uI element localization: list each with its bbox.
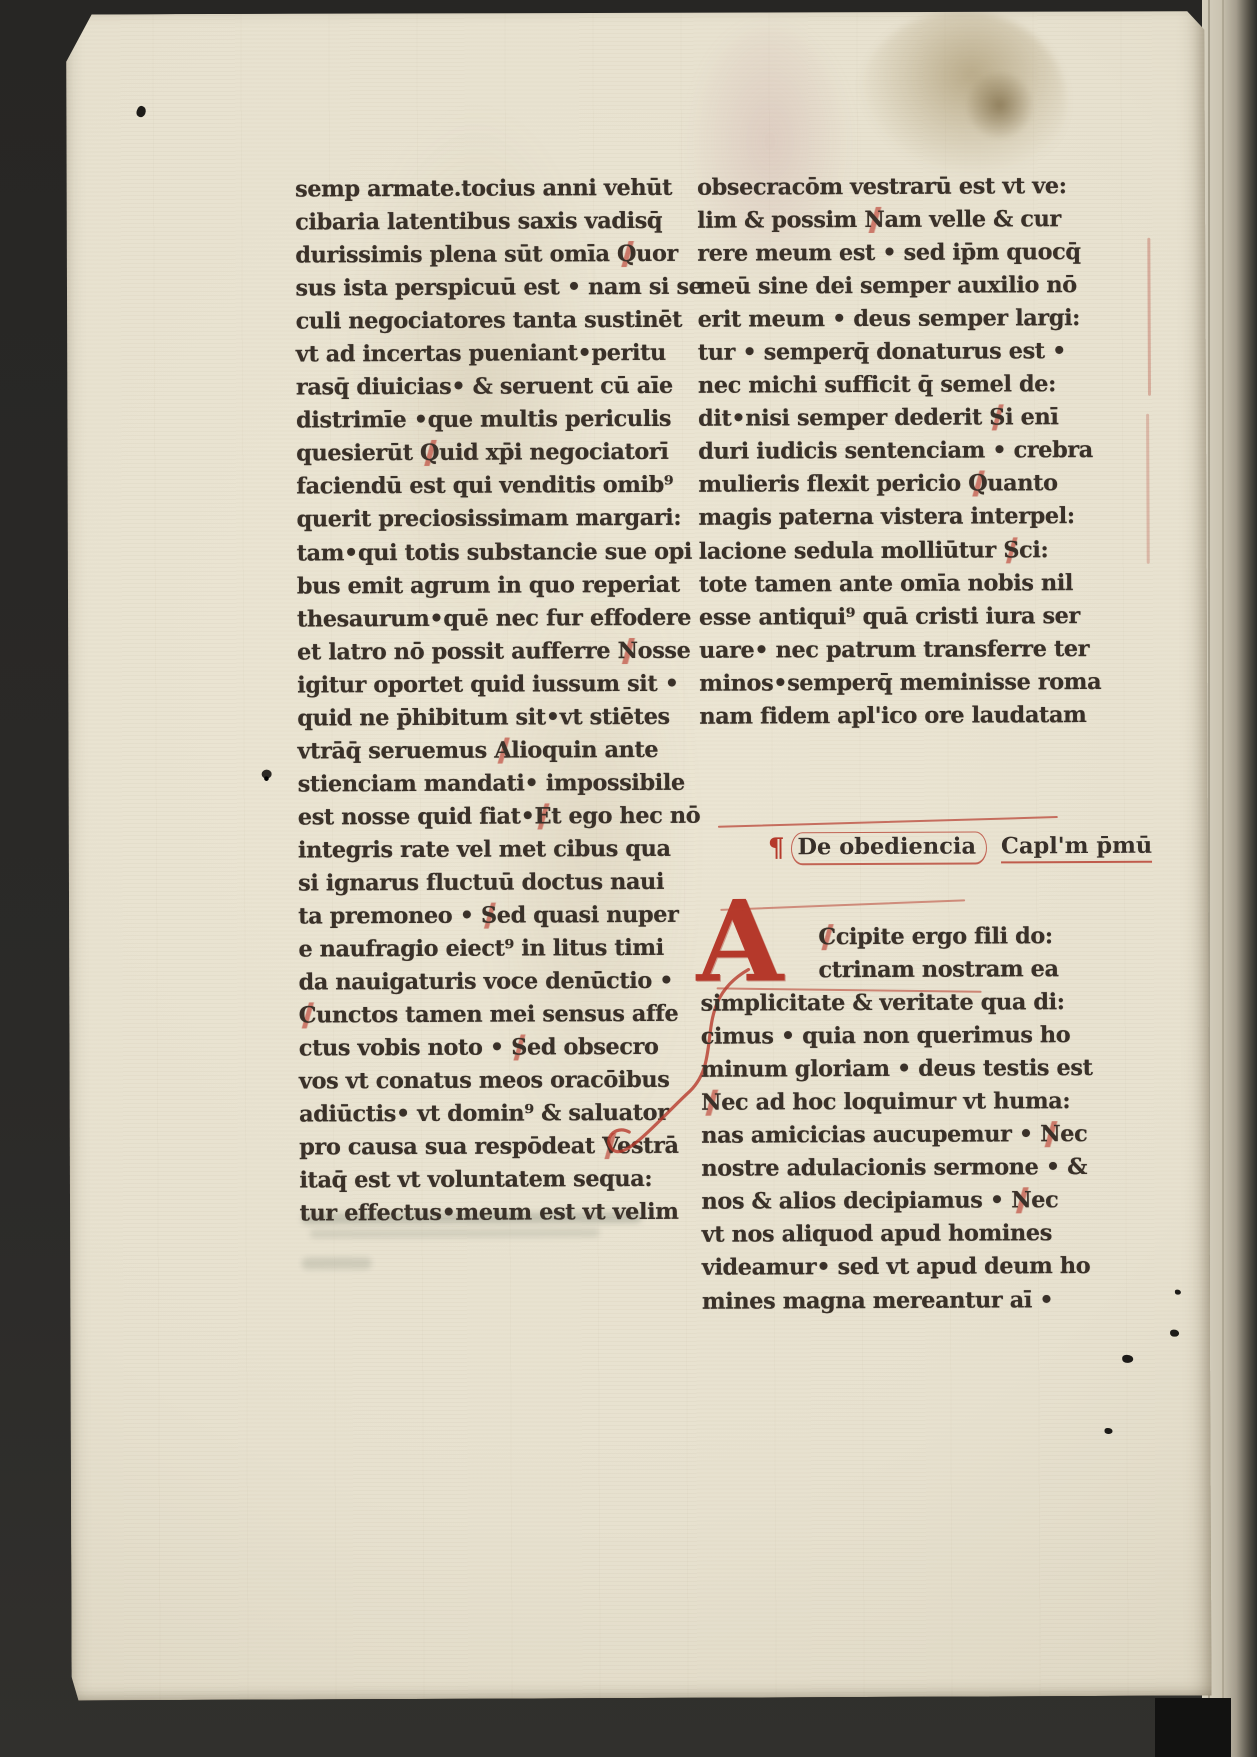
text-line: tur effectus•meum est vt velim — [299, 1196, 659, 1231]
text-line: mulieris flexit pericio Quanto — [698, 467, 1118, 502]
red-bleedthrough-line — [1147, 238, 1151, 396]
rubricated-capital: S — [511, 1035, 527, 1061]
text-line: e naufragio eiect⁹ in litus timi — [298, 932, 658, 967]
text-line: meū sine dei semper auxilio nō — [697, 269, 1117, 304]
rubricated-capital: S — [481, 903, 497, 929]
text-line: ctrinam nostram ea — [818, 953, 1120, 987]
text-line: distrimīe •que multis periculis — [296, 403, 656, 438]
heading-title: De obediencia — [790, 831, 987, 865]
rubricated-capital: N — [1011, 1188, 1031, 1214]
text-line: sus ista perspicuū est • nam si se — [295, 271, 655, 306]
red-bleedthrough-line — [1146, 414, 1150, 564]
text-line: lim & possim Nam velle & cur — [697, 203, 1117, 238]
text-line: thesaurum•quē nec fur effodere — [297, 602, 657, 637]
ink-speck — [1105, 1428, 1113, 1434]
brown-stain — [856, 10, 1067, 196]
text-line: quesierūt Quid xp̄i negociatorī — [296, 436, 656, 471]
text-line: vos vt conatus meos oracōibus — [299, 1064, 659, 1099]
text-line: culi negociatores tanta sustinēt — [296, 304, 656, 339]
ink-setoff-smudge — [302, 1257, 372, 1269]
text-line: tote tamen ante omīa nobis nil — [699, 566, 1119, 601]
rubricated-capital: E — [534, 803, 551, 829]
text-line: querit preciosissimam margari: — [296, 502, 656, 537]
text-line: minos•semperq̄ meminisse roma — [699, 666, 1119, 701]
dark-brown-spot — [965, 70, 1035, 140]
text-line: tur • semperq̄ donaturus est • — [698, 335, 1118, 370]
text-line: obsecracōm vestrarū est vt ve: — [697, 170, 1117, 205]
right-column-lower: Ccipite ergo fili do:ctrinam nostram eas… — [700, 920, 1122, 1318]
text-line: mines magna mereantur aī • — [702, 1283, 1122, 1318]
text-line: simplicitate & veritate qua di: — [701, 986, 1121, 1021]
chapter-heading: ¶De obedienciaCapl'm p̄mū — [768, 826, 1152, 872]
rubricated-capital: N — [701, 1090, 721, 1116]
text-line: uare• nec patrum transferre ter — [699, 633, 1119, 668]
text-line: minum gloriam • deus testis est — [701, 1052, 1121, 1087]
margin-dot: • — [262, 770, 272, 779]
rubricated-capital: V — [602, 1133, 617, 1159]
text-line: esse antiqui⁹ quā cristi iura ser — [699, 600, 1119, 635]
rubricated-capital: C — [818, 924, 836, 950]
ink-speck — [1170, 1330, 1179, 1337]
left-column: semp armate.tocius anni vehūtcibaria lat… — [295, 172, 660, 1231]
text-line: dit•nisi semper dederit Si enī — [698, 401, 1118, 436]
text-line: cimus • quia non querimus ho — [701, 1019, 1121, 1054]
text-line: nas amicicias aucupemur • Nec — [701, 1118, 1121, 1153]
text-line: ta premoneo • Sed quasi nuper — [298, 899, 658, 934]
text-line: integris rate vel met cibus qua — [298, 833, 658, 868]
rubricated-capital: Q — [420, 440, 439, 466]
text-line: Cunctos tamen mei sensus affe — [299, 998, 659, 1033]
rubricated-capital: A — [494, 737, 511, 763]
text-line: erit meum • deus semper largi: — [698, 302, 1118, 337]
pilcrow-mark: ¶ — [768, 833, 785, 863]
text-line: pro causa sua respōdeat Vestrā — [299, 1130, 659, 1165]
text-line: quid ne p̄hibitum sit•vt stiētes — [297, 701, 657, 736]
text-line: adiūctis• vt domin⁹ & saluator — [299, 1097, 659, 1132]
text-line: duri iudicis sentenciam • crebra — [698, 434, 1118, 469]
text-line: durissimis plena sūt omīa Quor — [295, 238, 655, 273]
text-line: itaq̄ est vt voluntatem sequa: — [299, 1163, 659, 1198]
text-line: magis paterna vistera interpel: — [698, 500, 1118, 535]
text-line: rere meum est • sed ip̄m quocq̄ — [697, 236, 1117, 271]
ink-speck — [1122, 1355, 1133, 1363]
text-line: Ccipite ergo fili do: — [818, 920, 1120, 954]
text-line: nostre adulacionis sermone • & — [701, 1151, 1121, 1186]
rubricated-capital: N — [618, 638, 638, 664]
manuscript-page: • semp armate.tocius anni vehūtcibaria l… — [64, 10, 1211, 1701]
scanned-book-photo: { "document": { "kind_label": "incunabul… — [0, 0, 1257, 1757]
rubricated-capital: S — [1003, 537, 1019, 563]
text-line: da nauigaturis voce denūctio • — [298, 965, 658, 1000]
fore-edge-crease — [1222, 0, 1224, 1757]
bookmark-ribbon — [1155, 1698, 1231, 1757]
right-column-upper: obsecracōm vestrarū est vt ve:lim & poss… — [697, 170, 1119, 734]
text-line: bus emit agrum in quo reperiat — [297, 568, 657, 603]
text-line: videamur• sed vt apud deum ho — [702, 1250, 1122, 1285]
text-line: vt nos aliquod apud homines — [702, 1217, 1122, 1252]
text-line: cibaria latentibus saxis vadisq̄ — [295, 205, 655, 240]
text-line: si ignarus fluctuū doctus naui — [298, 866, 658, 901]
text-line: vt ad incertas pueniant•peritu — [296, 337, 656, 372]
text-line: est nosse quid fiat•Et ego hec nō — [298, 800, 658, 835]
text-line: et latro nō possit aufferre Nosse — [297, 635, 657, 670]
text-line: faciendū est qui venditis omib⁹ — [296, 469, 656, 504]
text-line: nam fidem apl'ico ore laudatam — [699, 699, 1119, 734]
text-line: ctus vobis noto • Sed obsecro — [299, 1031, 659, 1066]
text-line: semp armate.tocius anni vehūt — [295, 172, 655, 207]
text-line: rasq̄ diuicias• & seruent cū aīe — [296, 370, 656, 405]
text-line: Nec ad hoc loquimur vt huma: — [701, 1085, 1121, 1120]
text-line: nec michi sufficit q̄ semel de: — [698, 368, 1118, 403]
rubricated-capital: S — [989, 405, 1005, 431]
text-line: vtrāq̄ seruemus Alioquin ante — [297, 734, 657, 769]
text-line: igitur oportet quid iussum sit • — [297, 668, 657, 703]
rubricated-capital: N — [1040, 1121, 1060, 1147]
ink-speck — [1175, 1290, 1181, 1295]
text-line: stienciam mandati• impossibile — [298, 767, 658, 802]
heading-chapter: Capl'm p̄mū — [1001, 833, 1152, 864]
text-line: tam•qui totis substancie sue opi — [297, 535, 657, 570]
rubricated-capital: Q — [617, 241, 636, 267]
text-line: nos & alios decipiamus • Nec — [701, 1184, 1121, 1219]
text-line: lacione sedula molliūtur Sci: — [699, 533, 1119, 568]
rubricated-capital: N — [864, 207, 884, 233]
rubricated-capital: Q — [968, 471, 987, 497]
ink-speck — [135, 105, 148, 119]
rubricated-capital: C — [299, 1003, 317, 1029]
